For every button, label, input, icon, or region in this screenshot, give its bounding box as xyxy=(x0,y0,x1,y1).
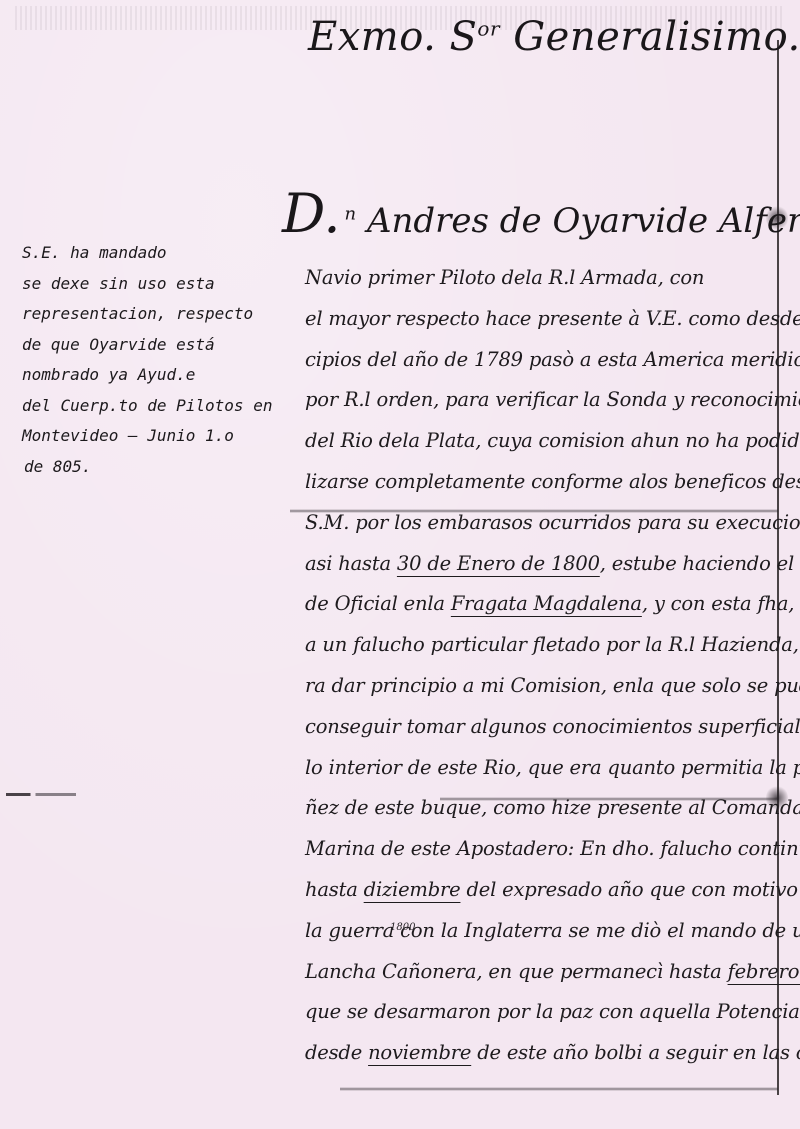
marginal-note-line: representacion, respecto xyxy=(22,299,292,330)
letter-line: la guerra con la Inglaterra se me diò el… xyxy=(305,911,775,952)
line-text: cipios del año de 1789 pasò a esta Ameri… xyxy=(305,348,800,371)
line-text: Navio primer Piloto dela R.l Armada, con xyxy=(305,266,704,289)
letter-line: a un falucho particular fletado por la R… xyxy=(305,625,775,666)
line-text: lo interior de este Rio, que era quanto … xyxy=(305,756,800,779)
underlined-phrase: Fragata Magdalena xyxy=(451,592,642,615)
letter-line: lo interior de este Rio, que era quanto … xyxy=(305,748,775,789)
letter-line: S.M. por los embarasos ocurridos para su… xyxy=(305,503,775,544)
opening-line: D.n Andres de Oyarvide Alferez de xyxy=(282,182,800,245)
fold-shadow xyxy=(340,1087,778,1091)
marginal-note-line: de que Oyarvide está xyxy=(22,330,292,361)
letter-line: hasta diziembre del expresado año que co… xyxy=(305,870,775,911)
line-text: Marina de este Apostadero: En dho. faluc… xyxy=(305,837,800,860)
line-text: ra dar principio a mi Comision, enla que… xyxy=(305,674,800,697)
letter-line: que se desarmaron por la paz con aquella… xyxy=(305,992,775,1033)
marginal-note-line: Montevideo — Junio 1.o xyxy=(22,421,292,452)
line-text: la guerra con la Inglaterra se me diò el… xyxy=(305,919,800,942)
line-text: lizarse completamente conforme alos bene… xyxy=(305,470,800,493)
line-text: que se desarmaron por la paz con aquella… xyxy=(305,1000,800,1023)
letter-line: desde noviembre de este año bolbi a segu… xyxy=(305,1033,775,1074)
marginal-note-line: se dexe sin uso esta xyxy=(22,269,292,300)
line-text: del Rio dela Plata, cuya comision ahun n… xyxy=(305,429,800,452)
letter-line: lizarse completamente conforme alos bene… xyxy=(305,462,775,503)
marginal-note: S.E. ha mandadose dexe sin uso estarepre… xyxy=(22,238,292,482)
line-text: , y con esta fha, pasè xyxy=(642,592,800,615)
salutation-heading: Exmo. Sor Generalisimo. xyxy=(308,14,800,60)
letter-line: el mayor respecto hace presente à V.E. c… xyxy=(305,299,775,340)
letter-body: Navio primer Piloto dela R.l Armada, con… xyxy=(305,258,775,1074)
underlined-phrase: febrero de 802 xyxy=(728,960,800,983)
letter-line: del Rio dela Plata, cuya comision ahun n… xyxy=(305,421,775,462)
marginal-note-line: del Cuerp.to de Pilotos en xyxy=(22,391,292,422)
line-text: ñez de este buque, como hize presente al… xyxy=(305,796,800,819)
letter-line: ñez de este buque, como hize presente al… xyxy=(305,788,775,829)
letter-line: Marina de este Apostadero: En dho. faluc… xyxy=(305,829,775,870)
line-text: desde xyxy=(305,1041,368,1064)
line-text: por R.l orden, para verificar la Sonda y… xyxy=(305,388,800,411)
letter-line: cipios del año de 1789 pasò a esta Ameri… xyxy=(305,340,775,381)
letter-line: conseguir tomar algunos conocimientos su… xyxy=(305,707,775,748)
manuscript-page: Exmo. Sor Generalisimo. D.n Andres de Oy… xyxy=(0,0,800,1129)
line-text: conseguir tomar algunos conocimientos su… xyxy=(305,715,800,738)
letter-line: ra dar principio a mi Comision, enla que… xyxy=(305,666,775,707)
line-text: de este año bolbi a seguir en las operac… xyxy=(471,1041,800,1064)
marginal-note-line: S.E. ha mandado xyxy=(22,238,292,269)
letter-line: de Oficial enla Fragata Magdalena, y con… xyxy=(305,584,775,625)
underlined-phrase: 30 de Enero de 1800 xyxy=(397,552,600,575)
letter-line: Lancha Cañonera, en que permanecì hasta … xyxy=(305,952,775,993)
letter-line: Navio primer Piloto dela R.l Armada, con xyxy=(305,258,775,299)
line-text: el mayor respecto hace presente à V.E. c… xyxy=(305,307,800,330)
interlinear-note: 1800 xyxy=(390,922,415,933)
line-text: del expresado año que con motivo de xyxy=(460,878,800,901)
line-text: Lancha Cañonera, en que permanecì hasta xyxy=(305,960,728,983)
underlined-phrase: diziembre xyxy=(364,878,461,901)
initial-d: D. xyxy=(282,182,341,245)
marginal-note-line: de 805. xyxy=(22,452,292,483)
line-text: S.M. por los embarasos ocurridos para su… xyxy=(305,511,800,534)
line-text: a un falucho particular fletado por la R… xyxy=(305,633,800,656)
line-text: asi hasta xyxy=(305,552,397,575)
line-text: , estube haciendo el servicio xyxy=(600,552,800,575)
margin-mark xyxy=(6,793,76,796)
letter-line: asi hasta 30 de Enero de 1800, estube ha… xyxy=(305,544,775,585)
underlined-phrase: noviembre xyxy=(368,1041,471,1064)
line-text: de Oficial enla xyxy=(305,592,451,615)
letter-line: por R.l orden, para verificar la Sonda y… xyxy=(305,380,775,421)
marginal-note-line: nombrado ya Ayud.e xyxy=(22,360,292,391)
line-text: hasta xyxy=(305,878,364,901)
